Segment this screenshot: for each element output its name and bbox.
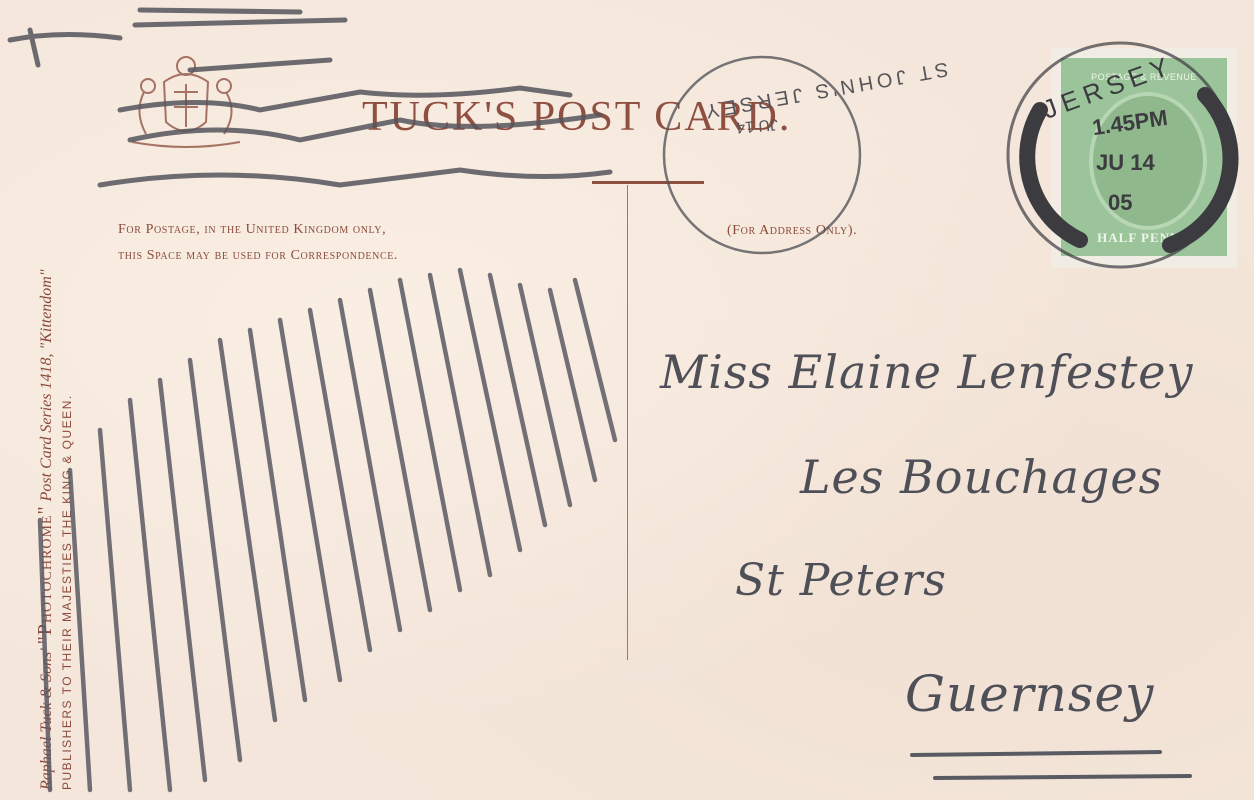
address-underline	[0, 0, 1254, 800]
postcard-back: TUCK'S POST CARD. For Postage, in the Un…	[0, 0, 1254, 800]
